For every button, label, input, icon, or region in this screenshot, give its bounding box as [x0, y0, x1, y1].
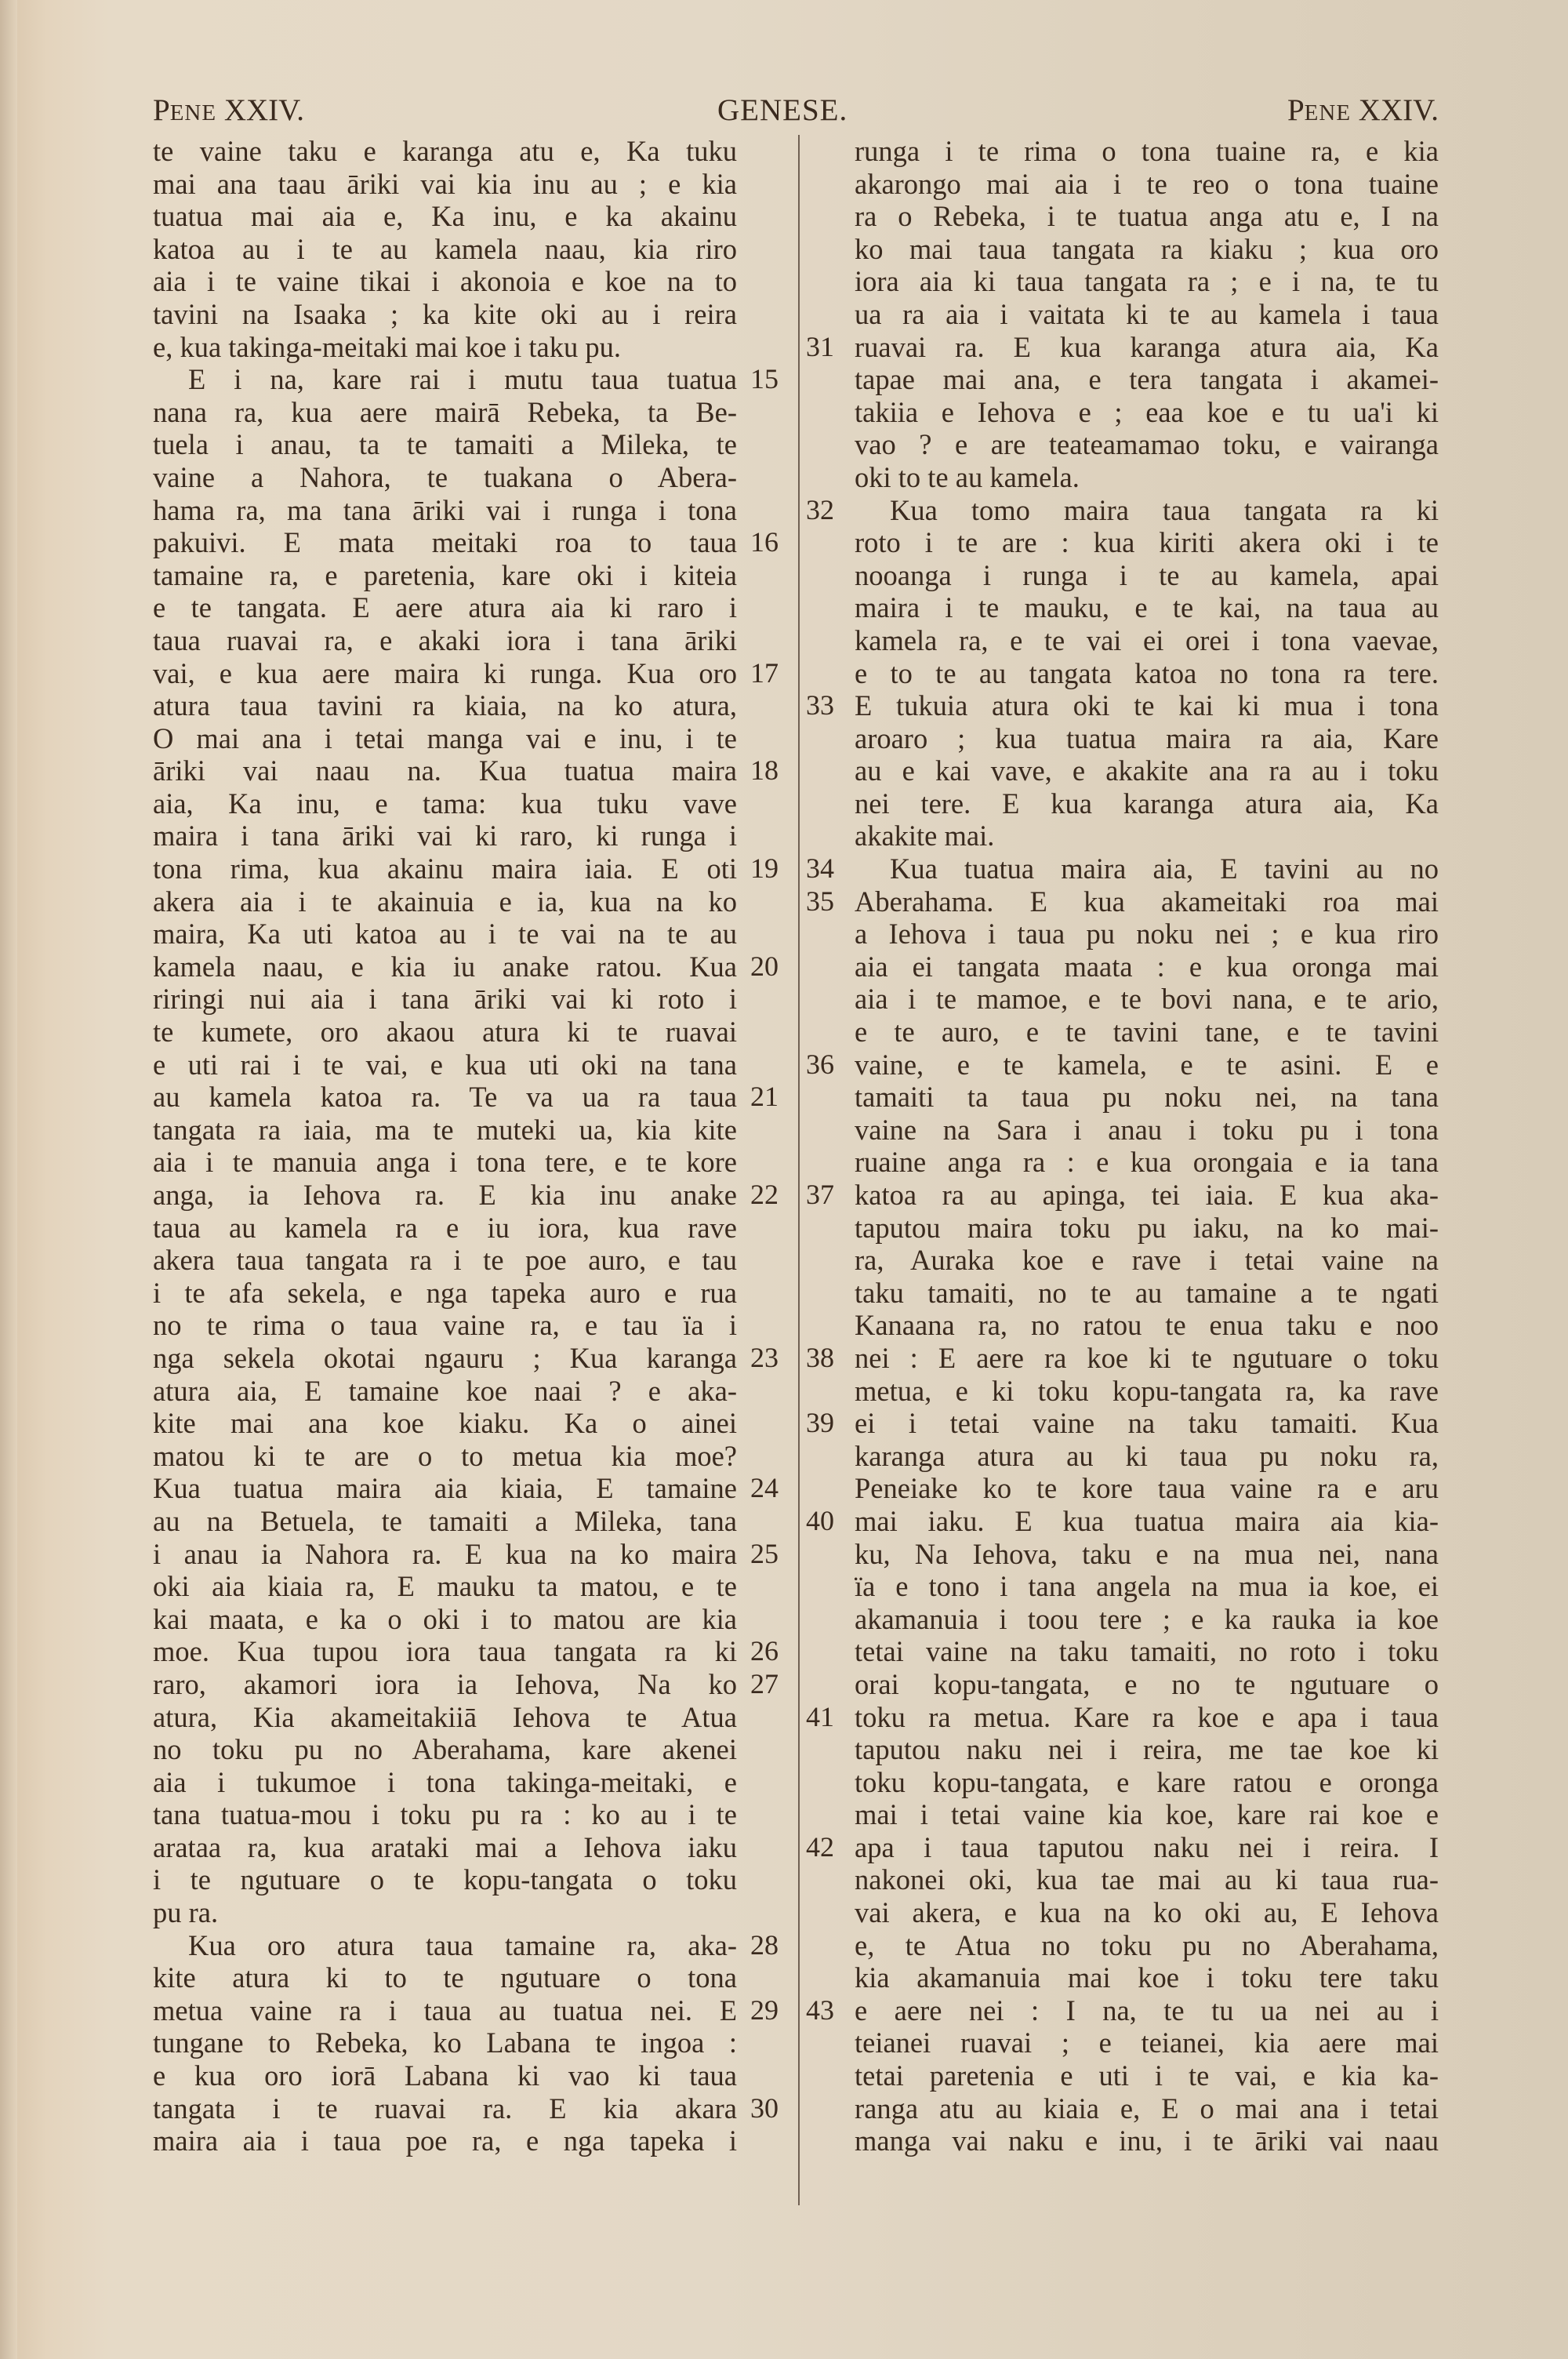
- line-text: tangata ra iaia, ma te muteki ua, kia ki…: [153, 1114, 737, 1147]
- text-line: toku kopu-tangata, e kare ratou e oronga: [855, 1766, 1439, 1799]
- header-left-smallcaps: ENE: [170, 100, 216, 125]
- text-line: tungane to Rebeka, ko Labana te ingoa :: [153, 2026, 737, 2059]
- text-line: aia i tukumoe i tona takinga-meitaki, e: [153, 1766, 737, 1799]
- line-text: iora aia ki taua tangata ra ; e i na, te…: [855, 265, 1439, 298]
- text-line: mai iaku. E kua tuatua maira aia kia-40: [855, 1505, 1439, 1538]
- line-text: moe. Kua tupou iora taua tangata ra ki: [153, 1635, 737, 1668]
- line-text: Kua oro atura taua tamaine ra, aka-: [153, 1929, 737, 1962]
- header-book-title: GENESE.: [717, 93, 848, 128]
- verse-number: 31: [806, 331, 834, 364]
- line-text: maira i te mauku, e te kai, na taua au: [855, 591, 1439, 624]
- text-line: pakuivi. E mata meitaki roa to taua16: [153, 526, 737, 559]
- text-line: tangata i te ruavai ra. E kia akara30: [153, 2092, 737, 2125]
- line-text: no te rima o taua vaine ra, e tau ïa i: [153, 1309, 737, 1342]
- verse-number: 18: [750, 754, 779, 787]
- text-line: kia akamanuia mai koe i toku tere taku: [855, 1961, 1439, 1994]
- line-text: ua ra aia i vaitata ki te au kamela i ta…: [855, 298, 1439, 331]
- line-text: akarongo mai aia i te reo o tona tuaine: [855, 168, 1439, 201]
- line-text: te vaine taku e karanga atu e, Ka tuku: [153, 135, 737, 168]
- line-text: i anau ia Nahora ra. E kua na ko maira: [153, 1538, 737, 1571]
- text-line: runga i te rima o tona tuaine ra, e kia: [855, 135, 1439, 168]
- line-text: Peneiake ko te kore taua vaine ra e aru: [855, 1472, 1439, 1505]
- line-text: tuatua mai aia e, Ka inu, e ka akainu: [153, 200, 737, 233]
- text-line: tetai vaine na taku tamaiti, no roto i t…: [855, 1635, 1439, 1668]
- line-text: tungane to Rebeka, ko Labana te ingoa :: [153, 2026, 737, 2059]
- line-text: vai akera, e kua na ko oki au, E Iehova: [855, 1896, 1439, 1929]
- line-text: metua, e ki toku kopu-tangata ra, ka rav…: [855, 1375, 1439, 1408]
- line-text: tamaine ra, e paretenia, kare oki i kite…: [153, 559, 737, 592]
- text-line: Kua tomo maira taua tangata ra ki32: [855, 494, 1439, 527]
- text-line: aia i te mamoe, e te bovi nana, e te ari…: [855, 983, 1439, 1016]
- line-text: ruaine anga ra : e kua orongaia e ia tan…: [855, 1146, 1439, 1179]
- line-text: kia akamanuia mai koe i toku tere taku: [855, 1961, 1439, 1994]
- text-line: au kamela katoa ra. Te va ua ra taua21: [153, 1081, 737, 1114]
- text-line: oki to te au kamela.: [855, 461, 1439, 494]
- line-text: e, kua takinga-meitaki mai koe i taku pu…: [153, 331, 737, 364]
- line-text: akera aia i te akainuia e ia, kua na ko: [153, 885, 737, 918]
- verse-number: 32: [806, 494, 834, 527]
- verse-number: 16: [750, 526, 779, 559]
- line-text: akakite mai.: [855, 820, 1439, 852]
- text-line: nei : E aere ra koe ki te ngutuare o tok…: [855, 1342, 1439, 1375]
- text-line: atura, Kia akameitakiiā Iehova te Atua: [153, 1701, 737, 1734]
- text-line: toku ra metua. Kare ra koe e apa i taua4…: [855, 1701, 1439, 1734]
- verse-number: 25: [750, 1538, 779, 1571]
- line-text: maira i tana āriki vai ki raro, ki runga…: [153, 820, 737, 852]
- line-text: au kamela katoa ra. Te va ua ra taua: [153, 1081, 737, 1114]
- line-text: nga sekela okotai ngauru ; Kua karanga: [153, 1342, 737, 1375]
- text-line: E tukuia atura oki te kai ki mua i tona3…: [855, 689, 1439, 722]
- verse-number: 22: [750, 1179, 779, 1212]
- text-line: vaine na Sara i anau i toku pu i tona: [855, 1114, 1439, 1147]
- line-text: nei tere. E kua karanga atura aia, Ka: [855, 787, 1439, 820]
- text-line: nooanga i runga i te au kamela, apai: [855, 559, 1439, 592]
- text-line: mai ana taau āriki vai kia inu au ; e ki…: [153, 168, 737, 201]
- text-line: katoa ra au apinga, tei iaia. E kua aka-…: [855, 1179, 1439, 1212]
- text-line: e, te Atua no toku pu no Aberahama,: [855, 1929, 1439, 1962]
- line-text: tangata i te ruavai ra. E kia akara: [153, 2092, 737, 2125]
- text-line: tapae mai ana, e tera tangata i akamei-: [855, 363, 1439, 396]
- line-text: orai kopu-tangata, e no te ngutuare o: [855, 1668, 1439, 1701]
- text-line: arataa ra, kua arataki mai a Iehova iaku: [153, 1831, 737, 1864]
- line-text: ra o Rebeka, i te tuatua anga atu e, I n…: [855, 200, 1439, 233]
- verse-number: 39: [806, 1407, 834, 1440]
- line-text: matou ki te are o to metua kia moe?: [153, 1440, 737, 1473]
- header-left-chapter: XXIV.: [216, 93, 304, 127]
- text-line: ruaine anga ra : e kua orongaia e ia tan…: [855, 1146, 1439, 1179]
- line-text: a Iehova i taua pu noku nei ; e kua riro: [855, 918, 1439, 951]
- text-line: te kumete, oro akaou atura ki te ruavai: [153, 1016, 737, 1049]
- verse-number: 21: [750, 1081, 779, 1114]
- text-line: taputou naku nei i reira, me tae koe ki: [855, 1733, 1439, 1766]
- text-line: i anau ia Nahora ra. E kua na ko maira25: [153, 1538, 737, 1571]
- verse-number: 43: [806, 1994, 834, 2027]
- text-line: Kua tuatua maira aia, E tavini au no34: [855, 852, 1439, 885]
- line-text: ku, Na Iehova, taku e na mua nei, nana: [855, 1538, 1439, 1571]
- line-text: anga, ia Iehova ra. E kia inu anake: [153, 1179, 737, 1212]
- verse-number: 20: [750, 951, 779, 983]
- verse-number: 40: [806, 1505, 834, 1538]
- line-text: raro, akamori iora ia Iehova, Na ko: [153, 1668, 737, 1701]
- line-text: au na Betuela, te tamaiti a Mileka, tana: [153, 1505, 737, 1538]
- line-text: aia, Ka inu, e tama: kua tuku vave: [153, 787, 737, 820]
- line-text: tuela i anau, ta te tamaiti a Mileka, te: [153, 428, 737, 461]
- line-text: kamela ra, e te vai ei orei i tona vaeva…: [855, 624, 1439, 657]
- text-line: manga vai naku e inu, i te āriki vai naa…: [855, 2125, 1439, 2157]
- line-text: tavini na Isaaka ; ka kite oki au i reir…: [153, 298, 737, 331]
- line-text: manga vai naku e inu, i te āriki vai naa…: [855, 2125, 1439, 2157]
- text-line: anga, ia Iehova ra. E kia inu anake22: [153, 1179, 737, 1212]
- text-line: e, kua takinga-meitaki mai koe i taku pu…: [153, 331, 737, 364]
- header-chapter-left: PENE XXIV.: [153, 93, 304, 128]
- line-text: aia i te mamoe, e te bovi nana, e te ari…: [855, 983, 1439, 1016]
- line-text: ranga atu au kiaia e, E o mai ana i teta…: [855, 2092, 1439, 2125]
- line-text: O mai ana i tetai manga vai e inu, i te: [153, 722, 737, 755]
- text-line: te vaine taku e karanga atu e, Ka tuku: [153, 135, 737, 168]
- text-line: ra, Auraka koe e rave i tetai vaine na: [855, 1244, 1439, 1277]
- text-line: ua ra aia i vaitata ki te au kamela i ta…: [855, 298, 1439, 331]
- line-text: aia i te manuia anga i tona tere, e te k…: [153, 1146, 737, 1179]
- text-line: O mai ana i tetai manga vai e inu, i te: [153, 722, 737, 755]
- line-text: tetai vaine na taku tamaiti, no roto i t…: [855, 1635, 1439, 1668]
- text-line: vai, e kua aere maira ki runga. Kua oro1…: [153, 657, 737, 690]
- line-text: kai maata, e ka o oki i to matou are kia: [153, 1603, 737, 1636]
- line-text: E tukuia atura oki te kai ki mua i tona: [855, 689, 1439, 722]
- line-text: vao ? e are teateamamao toku, e vairanga: [855, 428, 1439, 461]
- text-line: kamela ra, e te vai ei orei i tona vaeva…: [855, 624, 1439, 657]
- text-line: e te auro, e te tavini tane, e te tavini: [855, 1016, 1439, 1049]
- line-text: akamanuia i toou tere ; e ka rauka ia ko…: [855, 1603, 1439, 1636]
- line-text: roto i te are : kua kiriti akera oki i t…: [855, 526, 1439, 559]
- text-line: kai maata, e ka o oki i to matou are kia: [153, 1603, 737, 1636]
- text-line: teianei ruavai ; e teianei, kia aere mai: [855, 2026, 1439, 2059]
- text-line: ei i tetai vaine na taku tamaiti. Kua39: [855, 1407, 1439, 1440]
- text-line: maira i te mauku, e te kai, na taua au: [855, 591, 1439, 624]
- text-line: taua au kamela ra e iu iora, kua rave: [153, 1212, 737, 1245]
- text-line: nana ra, kua aere mairā Rebeka, ta Be-: [153, 396, 737, 429]
- line-text: te kumete, oro akaou atura ki te ruavai: [153, 1016, 737, 1049]
- text-line: Peneiake ko te kore taua vaine ra e aru: [855, 1472, 1439, 1505]
- line-text: ra, Auraka koe e rave i tetai vaine na: [855, 1244, 1439, 1277]
- text-line: vai akera, e kua na ko oki au, E Iehova: [855, 1896, 1439, 1929]
- text-line: tangata ra iaia, ma te muteki ua, kia ki…: [153, 1114, 737, 1147]
- text-line: karanga atura au ki taua pu noku ra,: [855, 1440, 1439, 1473]
- text-line: aroaro ; kua tuatua maira ra aia, Kare: [855, 722, 1439, 755]
- line-text: au e kai vave, e akakite ana ra au i tok…: [855, 754, 1439, 787]
- line-text: āriki vai naau na. Kua tuatua maira: [153, 754, 737, 787]
- line-text: mai ana taau āriki vai kia inu au ; e ki…: [153, 168, 737, 201]
- text-line: Aberahama. E kua akameitaki roa mai35: [855, 885, 1439, 918]
- text-line: raro, akamori iora ia Iehova, Na ko27: [153, 1668, 737, 1701]
- line-text: pakuivi. E mata meitaki roa to taua: [153, 526, 737, 559]
- text-line: iora aia ki taua tangata ra ; e i na, te…: [855, 265, 1439, 298]
- line-text: toku kopu-tangata, e kare ratou e oronga: [855, 1766, 1439, 1799]
- text-line: tona rima, kua akainu maira iaia. E oti1…: [153, 852, 737, 885]
- verse-number: 35: [806, 885, 834, 918]
- text-line: tamaine ra, e paretenia, kare oki i kite…: [153, 559, 737, 592]
- text-line: maira aia i taua poe ra, e nga tapeka i: [153, 2125, 737, 2157]
- text-line: taputou maira toku pu iaku, na ko mai-: [855, 1212, 1439, 1245]
- line-text: E i na, kare rai i mutu taua tuatua: [153, 363, 737, 396]
- line-text: taku tamaiti, no te au tamaine a te ngat…: [855, 1277, 1439, 1310]
- line-text: maira, Ka uti katoa au i te vai na te au: [153, 918, 737, 951]
- line-text: aia i tukumoe i tona takinga-meitaki, e: [153, 1766, 737, 1799]
- verse-number: 15: [750, 363, 779, 396]
- line-text: pu ra.: [153, 1896, 737, 1929]
- text-line: ra o Rebeka, i te tuatua anga atu e, I n…: [855, 200, 1439, 233]
- text-line: oki aia kiaia ra, E mauku ta matou, e te: [153, 1570, 737, 1603]
- line-text: Kanaana ra, no ratou te enua taku e noo: [855, 1309, 1439, 1342]
- line-text: katoa au i te au kamela naau, kia riro: [153, 233, 737, 266]
- line-text: ïa e tono i tana angela na mua ia koe, e…: [855, 1570, 1439, 1603]
- text-line: ko mai taua tangata ra kiaku ; kua oro: [855, 233, 1439, 266]
- text-line: tuela i anau, ta te tamaiti a Mileka, te: [153, 428, 737, 461]
- text-line: e to te au tangata katoa no tona ra tere…: [855, 657, 1439, 690]
- text-line: atura aia, E tamaine koe naai ? e aka-: [153, 1375, 737, 1408]
- text-line: nga sekela okotai ngauru ; Kua karanga23: [153, 1342, 737, 1375]
- text-line: hama ra, ma tana āriki vai i runga i ton…: [153, 494, 737, 527]
- line-text: metua vaine ra i taua au tuatua nei. E: [153, 1994, 737, 2027]
- verse-number: 36: [806, 1049, 834, 1081]
- text-line: ïa e tono i tana angela na mua ia koe, e…: [855, 1570, 1439, 1603]
- line-text: katoa ra au apinga, tei iaia. E kua aka-: [855, 1179, 1439, 1212]
- line-text: taua ruavai ra, e akaki iora i tana ārik…: [153, 624, 737, 657]
- line-text: apa i taua taputou naku nei i reira. I: [855, 1831, 1439, 1864]
- right-text-column: runga i te rima o tona tuaine ra, e kiaa…: [855, 135, 1439, 2157]
- text-line: i te afa sekela, e nga tapeka auro e rua: [153, 1277, 737, 1310]
- line-text: e kua oro iorā Labana ki vao ki taua: [153, 2059, 737, 2092]
- text-line: akarongo mai aia i te reo o tona tuaine: [855, 168, 1439, 201]
- text-line: tetai paretenia e uti i te vai, e kia ka…: [855, 2059, 1439, 2092]
- text-line: riringi nui aia i tana āriki vai ki roto…: [153, 983, 737, 1016]
- text-line: pu ra.: [153, 1896, 737, 1929]
- line-text: nana ra, kua aere mairā Rebeka, ta Be-: [153, 396, 737, 429]
- line-text: e to te au tangata katoa no tona ra tere…: [855, 657, 1439, 690]
- text-line: katoa au i te au kamela naau, kia riro: [153, 233, 737, 266]
- text-line: roto i te are : kua kiriti akera oki i t…: [855, 526, 1439, 559]
- text-line: tuatua mai aia e, Ka inu, e ka akainu: [153, 200, 737, 233]
- line-text: nakonei oki, kua tae mai au ki taua rua-: [855, 1863, 1439, 1896]
- text-line: au na Betuela, te tamaiti a Mileka, tana: [153, 1505, 737, 1538]
- text-line: maira, Ka uti katoa au i te vai na te au: [153, 918, 737, 951]
- line-text: taua au kamela ra e iu iora, kua rave: [153, 1212, 737, 1245]
- verse-number: 24: [750, 1472, 779, 1505]
- verse-number: 26: [750, 1635, 779, 1668]
- text-line: ku, Na Iehova, taku e na mua nei, nana: [855, 1538, 1439, 1571]
- line-text: maira aia i taua poe ra, e nga tapeka i: [153, 2125, 737, 2157]
- text-line: e aere nei : I na, te tu ua nei au i43: [855, 1994, 1439, 2027]
- text-line: metua, e ki toku kopu-tangata ra, ka rav…: [855, 1375, 1439, 1408]
- verse-number: 17: [750, 657, 779, 690]
- text-line: e te tangata. E aere atura aia ki raro i: [153, 591, 737, 624]
- verse-number: 34: [806, 852, 834, 885]
- verse-number: 29: [750, 1994, 779, 2027]
- text-line: au e kai vave, e akakite ana ra au i tok…: [855, 754, 1439, 787]
- text-line: moe. Kua tupou iora taua tangata ra ki26: [153, 1635, 737, 1668]
- line-text: tamaiti ta taua pu noku nei, na tana: [855, 1081, 1439, 1114]
- header-right-chapter: XXIV.: [1351, 93, 1439, 127]
- text-line: maira i tana āriki vai ki raro, ki runga…: [153, 820, 737, 852]
- line-text: i te afa sekela, e nga tapeka auro e rua: [153, 1277, 737, 1310]
- line-text: kamela naau, e kia iu anake ratou. Kua: [153, 951, 737, 983]
- line-text: tapae mai ana, e tera tangata i akamei-: [855, 363, 1439, 396]
- text-line: aia i te manuia anga i tona tere, e te k…: [153, 1146, 737, 1179]
- text-line: taua ruavai ra, e akaki iora i tana ārik…: [153, 624, 737, 657]
- line-text: nooanga i runga i te au kamela, apai: [855, 559, 1439, 592]
- verse-number: 30: [750, 2092, 779, 2125]
- text-line: metua vaine ra i taua au tuatua nei. E29: [153, 1994, 737, 2027]
- line-text: tana tuatua-mou i toku pu ra : ko au i t…: [153, 1798, 737, 1831]
- line-text: no toku pu no Aberahama, kare akenei: [153, 1733, 737, 1766]
- verse-number: 23: [750, 1342, 779, 1375]
- text-line: orai kopu-tangata, e no te ngutuare o: [855, 1668, 1439, 1701]
- text-line: ranga atu au kiaia e, E o mai ana i teta…: [855, 2092, 1439, 2125]
- line-text: e te auro, e te tavini tane, e te tavini: [855, 1016, 1439, 1049]
- verse-number: 27: [750, 1668, 779, 1701]
- verse-number: 28: [750, 1929, 779, 1962]
- text-line: kamela naau, e kia iu anake ratou. Kua20: [153, 951, 737, 983]
- text-line: vao ? e are teateamamao toku, e vairanga: [855, 428, 1439, 461]
- line-text: runga i te rima o tona tuaine ra, e kia: [855, 135, 1439, 168]
- line-text: vai, e kua aere maira ki runga. Kua oro: [153, 657, 737, 690]
- verse-number: 19: [750, 852, 779, 885]
- line-text: e uti rai i te vai, e kua uti oki na tan…: [153, 1049, 737, 1081]
- line-text: e te tangata. E aere atura aia ki raro i: [153, 591, 737, 624]
- line-text: ei i tetai vaine na taku tamaiti. Kua: [855, 1407, 1439, 1440]
- line-text: tetai paretenia e uti i te vai, e kia ka…: [855, 2059, 1439, 2092]
- line-text: takiia e Iehova e ; eaa koe e tu ua'i ki: [855, 396, 1439, 429]
- text-line: e uti rai i te vai, e kua uti oki na tan…: [153, 1049, 737, 1081]
- line-text: oki aia kiaia ra, E mauku ta matou, e te: [153, 1570, 737, 1603]
- text-line: i te ngutuare o te kopu-tangata o toku: [153, 1863, 737, 1896]
- line-text: Aberahama. E kua akameitaki roa mai: [855, 885, 1439, 918]
- line-text: karanga atura au ki taua pu noku ra,: [855, 1440, 1439, 1473]
- text-line: aia, Ka inu, e tama: kua tuku vave: [153, 787, 737, 820]
- left-text-column: te vaine taku e karanga atu e, Ka tukuma…: [153, 135, 737, 2157]
- text-line: kite mai ana koe kiaku. Ka o ainei: [153, 1407, 737, 1440]
- line-text: kite atura ki to te ngutuare o tona: [153, 1961, 737, 1994]
- line-text: hama ra, ma tana āriki vai i runga i ton…: [153, 494, 737, 527]
- text-line: nei tere. E kua karanga atura aia, Ka: [855, 787, 1439, 820]
- text-line: takiia e Iehova e ; eaa koe e tu ua'i ki: [855, 396, 1439, 429]
- header-right-smallcaps: ENE: [1305, 100, 1351, 125]
- line-text: Kua tuatua maira aia, E tavini au no: [855, 852, 1439, 885]
- line-text: ko mai taua tangata ra kiaku ; kua oro: [855, 233, 1439, 266]
- line-text: mai i tetai vaine kia koe, kare rai koe …: [855, 1798, 1439, 1831]
- header-left-initial: P: [153, 93, 170, 127]
- text-line: apa i taua taputou naku nei i reira. I42: [855, 1831, 1439, 1864]
- text-line: a Iehova i taua pu noku nei ; e kua riro: [855, 918, 1439, 951]
- text-line: kite atura ki to te ngutuare o tona: [153, 1961, 737, 1994]
- text-line: tavini na Isaaka ; ka kite oki au i reir…: [153, 298, 737, 331]
- line-text: e, te Atua no toku pu no Aberahama,: [855, 1929, 1439, 1962]
- text-line: akamanuia i toou tere ; e ka rauka ia ko…: [855, 1603, 1439, 1636]
- text-line: ruavai ra. E kua karanga atura aia, Ka31: [855, 331, 1439, 364]
- line-text: aia ei tangata maata : e kua oronga mai: [855, 951, 1439, 983]
- text-line: e kua oro iorā Labana ki vao ki taua: [153, 2059, 737, 2092]
- adjacent-page-edge: [0, 0, 17, 2359]
- text-line: akera taua tangata ra i te poe auro, e t…: [153, 1244, 737, 1277]
- line-text: vaine, e te kamela, e te asini. E e: [855, 1049, 1439, 1081]
- verse-number: 33: [806, 689, 834, 722]
- line-text: taputou maira toku pu iaku, na ko mai-: [855, 1212, 1439, 1245]
- verse-number: 41: [806, 1701, 834, 1734]
- column-divider-rule: [798, 135, 800, 2205]
- running-header: PENE XXIV. GENESE. PENE XXIV.: [153, 93, 1439, 132]
- line-text: ruavai ra. E kua karanga atura aia, Ka: [855, 331, 1439, 364]
- line-text: vaine na Sara i anau i toku pu i tona: [855, 1114, 1439, 1147]
- text-line: no te rima o taua vaine ra, e tau ïa i: [153, 1309, 737, 1342]
- line-text: Kua tomo maira taua tangata ra ki: [855, 494, 1439, 527]
- text-line: matou ki te are o to metua kia moe?: [153, 1440, 737, 1473]
- line-text: tona rima, kua akainu maira iaia. E oti: [153, 852, 737, 885]
- verse-number: 37: [806, 1179, 834, 1212]
- line-text: nei : E aere ra koe ki te ngutuare o tok…: [855, 1342, 1439, 1375]
- line-text: kite mai ana koe kiaku. Ka o ainei: [153, 1407, 737, 1440]
- book-page: PENE XXIV. GENESE. PENE XXIV. te vaine t…: [0, 0, 1568, 2359]
- text-line: akakite mai.: [855, 820, 1439, 852]
- text-line: vaine, e te kamela, e te asini. E e36: [855, 1049, 1439, 1081]
- text-line: vaine a Nahora, te tuakana o Abera-: [153, 461, 737, 494]
- line-text: atura taua tavini ra kiaia, na ko atura,: [153, 689, 737, 722]
- text-line: aia ei tangata maata : e kua oronga mai: [855, 951, 1439, 983]
- verse-number: 42: [806, 1831, 834, 1864]
- line-text: atura aia, E tamaine koe naai ? e aka-: [153, 1375, 737, 1408]
- line-text: Kua tuatua maira aia kiaia, E tamaine: [153, 1472, 737, 1505]
- text-line: aia i te vaine tikai i akonoia e koe na …: [153, 265, 737, 298]
- line-text: e aere nei : I na, te tu ua nei au i: [855, 1994, 1439, 2027]
- text-line: Kua oro atura taua tamaine ra, aka-28: [153, 1929, 737, 1962]
- header-right-initial: P: [1287, 93, 1305, 127]
- text-line: no toku pu no Aberahama, kare akenei: [153, 1733, 737, 1766]
- line-text: aia i te vaine tikai i akonoia e koe na …: [153, 265, 737, 298]
- line-text: i te ngutuare o te kopu-tangata o toku: [153, 1863, 737, 1896]
- line-text: aroaro ; kua tuatua maira ra aia, Kare: [855, 722, 1439, 755]
- line-text: akera taua tangata ra i te poe auro, e t…: [153, 1244, 737, 1277]
- text-line: nakonei oki, kua tae mai au ki taua rua-: [855, 1863, 1439, 1896]
- text-line: akera aia i te akainuia e ia, kua na ko: [153, 885, 737, 918]
- line-text: atura, Kia akameitakiiā Iehova te Atua: [153, 1701, 737, 1734]
- line-text: mai iaku. E kua tuatua maira aia kia-: [855, 1505, 1439, 1538]
- text-line: tana tuatua-mou i toku pu ra : ko au i t…: [153, 1798, 737, 1831]
- header-chapter-right: PENE XXIV.: [1287, 93, 1439, 128]
- line-text: taputou naku nei i reira, me tae koe ki: [855, 1733, 1439, 1766]
- text-line: E i na, kare rai i mutu taua tuatua15: [153, 363, 737, 396]
- line-text: riringi nui aia i tana āriki vai ki roto…: [153, 983, 737, 1016]
- text-line: Kua tuatua maira aia kiaia, E tamaine24: [153, 1472, 737, 1505]
- line-text: arataa ra, kua arataki mai a Iehova iaku: [153, 1831, 737, 1864]
- text-line: Kanaana ra, no ratou te enua taku e noo: [855, 1309, 1439, 1342]
- line-text: oki to te au kamela.: [855, 461, 1439, 494]
- verse-number: 38: [806, 1342, 834, 1375]
- text-line: mai i tetai vaine kia koe, kare rai koe …: [855, 1798, 1439, 1831]
- text-line: āriki vai naau na. Kua tuatua maira18: [153, 754, 737, 787]
- text-line: atura taua tavini ra kiaia, na ko atura,: [153, 689, 737, 722]
- text-line: tamaiti ta taua pu noku nei, na tana: [855, 1081, 1439, 1114]
- text-line: taku tamaiti, no te au tamaine a te ngat…: [855, 1277, 1439, 1310]
- line-text: teianei ruavai ; e teianei, kia aere mai: [855, 2026, 1439, 2059]
- line-text: vaine a Nahora, te tuakana o Abera-: [153, 461, 737, 494]
- line-text: toku ra metua. Kare ra koe e apa i taua: [855, 1701, 1439, 1734]
